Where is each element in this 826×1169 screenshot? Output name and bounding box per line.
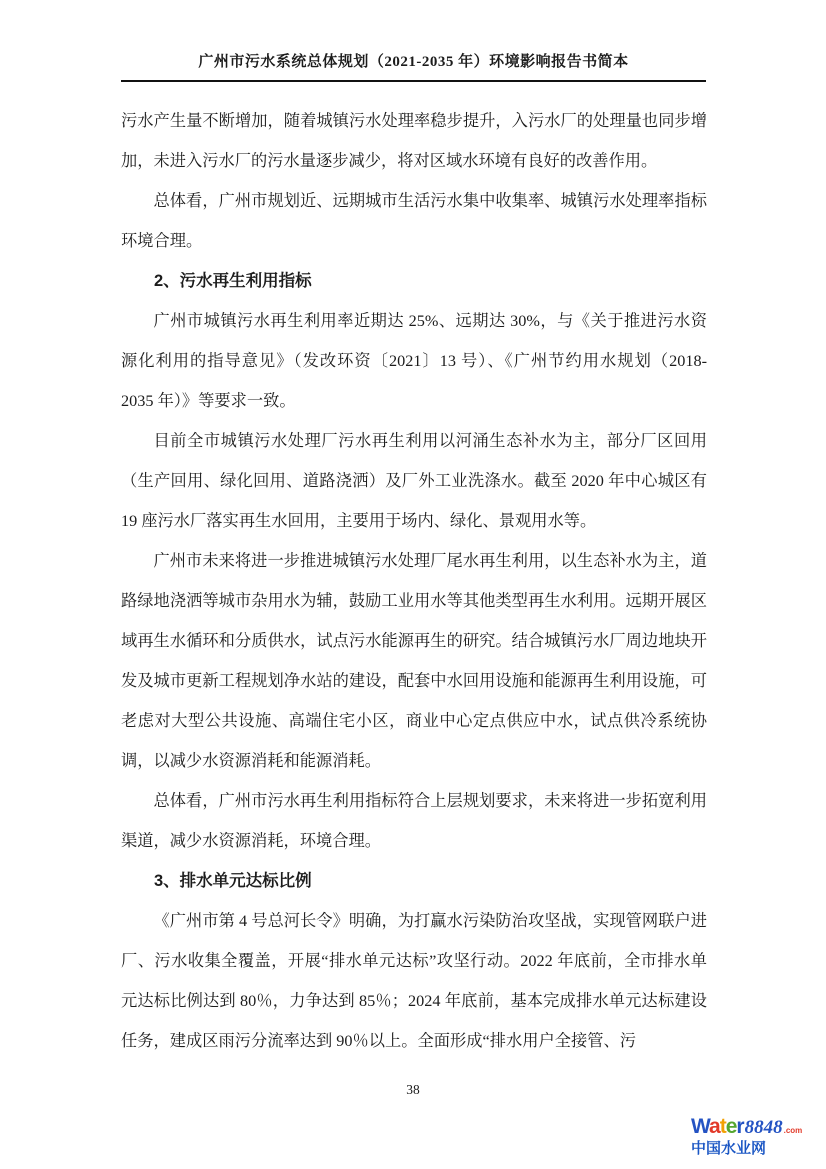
logo-letter: a [709, 1115, 720, 1138]
logo-tagline-text: 中国水业网 [691, 1141, 766, 1156]
paragraph: 广州市未来将进一步推进城镇污水处理厂尾水再生利用，以生态补水为主，道路绿地浇洒等… [121, 541, 707, 781]
logo-letter: W [691, 1115, 709, 1138]
page-header: 广州市污水系统总体规划（2021-2035 年）环境影响报告书简本 [121, 50, 706, 82]
logo-letter: e [726, 1115, 737, 1138]
document-body: 污水产生量不断增加，随着城镇污水处理率稳步提升，入污水厂的处理量也同步增加，未进… [121, 101, 707, 1061]
page-number: 38 [406, 1082, 420, 1097]
logo-word-water: Water [691, 1116, 744, 1137]
paragraph: 《广州市第 4 号总河长令》明确，为打赢水污染防治攻坚战，实现管网联户进厂、污水… [121, 901, 707, 1061]
page-footer: 38 [0, 1082, 826, 1098]
logo-letter: r [736, 1115, 743, 1138]
paragraph: 广州市城镇污水再生利用率近期达 25%、远期达 30%，与《关于推进污水资源化利… [121, 301, 707, 421]
water8848-watermark-logo[interactable]: Water 8848 .com 中国水业网 [691, 1116, 821, 1156]
paragraph: 目前全市城镇污水处理厂污水再生利用以河涌生态补水为主，部分厂区回用（生产回用、绿… [121, 421, 707, 541]
paragraph-continuation: 污水产生量不断增加，随着城镇污水处理率稳步提升，入污水厂的处理量也同步增加，未进… [121, 101, 707, 181]
logo-tagline: 中国水业网 [691, 1141, 821, 1156]
section-heading-3: 3、排水单元达标比例 [121, 861, 707, 901]
paragraph: 总体看，广州市规划近、远期城市生活污水集中收集率、城镇污水处理率指标环境合理。 [121, 181, 707, 261]
logo-number-8848: 8848 [745, 1118, 783, 1137]
paragraph: 总体看，广州市污水再生利用指标符合上层规划要求，未来将进一步拓宽利用渠道，减少水… [121, 781, 707, 861]
header-title: 广州市污水系统总体规划（2021-2035 年）环境影响报告书简本 [198, 54, 628, 70]
document-page: 广州市污水系统总体规划（2021-2035 年）环境影响报告书简本 污水产生量不… [0, 0, 826, 1169]
logo-com-suffix: .com [784, 1127, 803, 1135]
section-heading-2: 2、污水再生利用指标 [121, 261, 707, 301]
logo-wordmark: Water 8848 .com [691, 1116, 821, 1137]
